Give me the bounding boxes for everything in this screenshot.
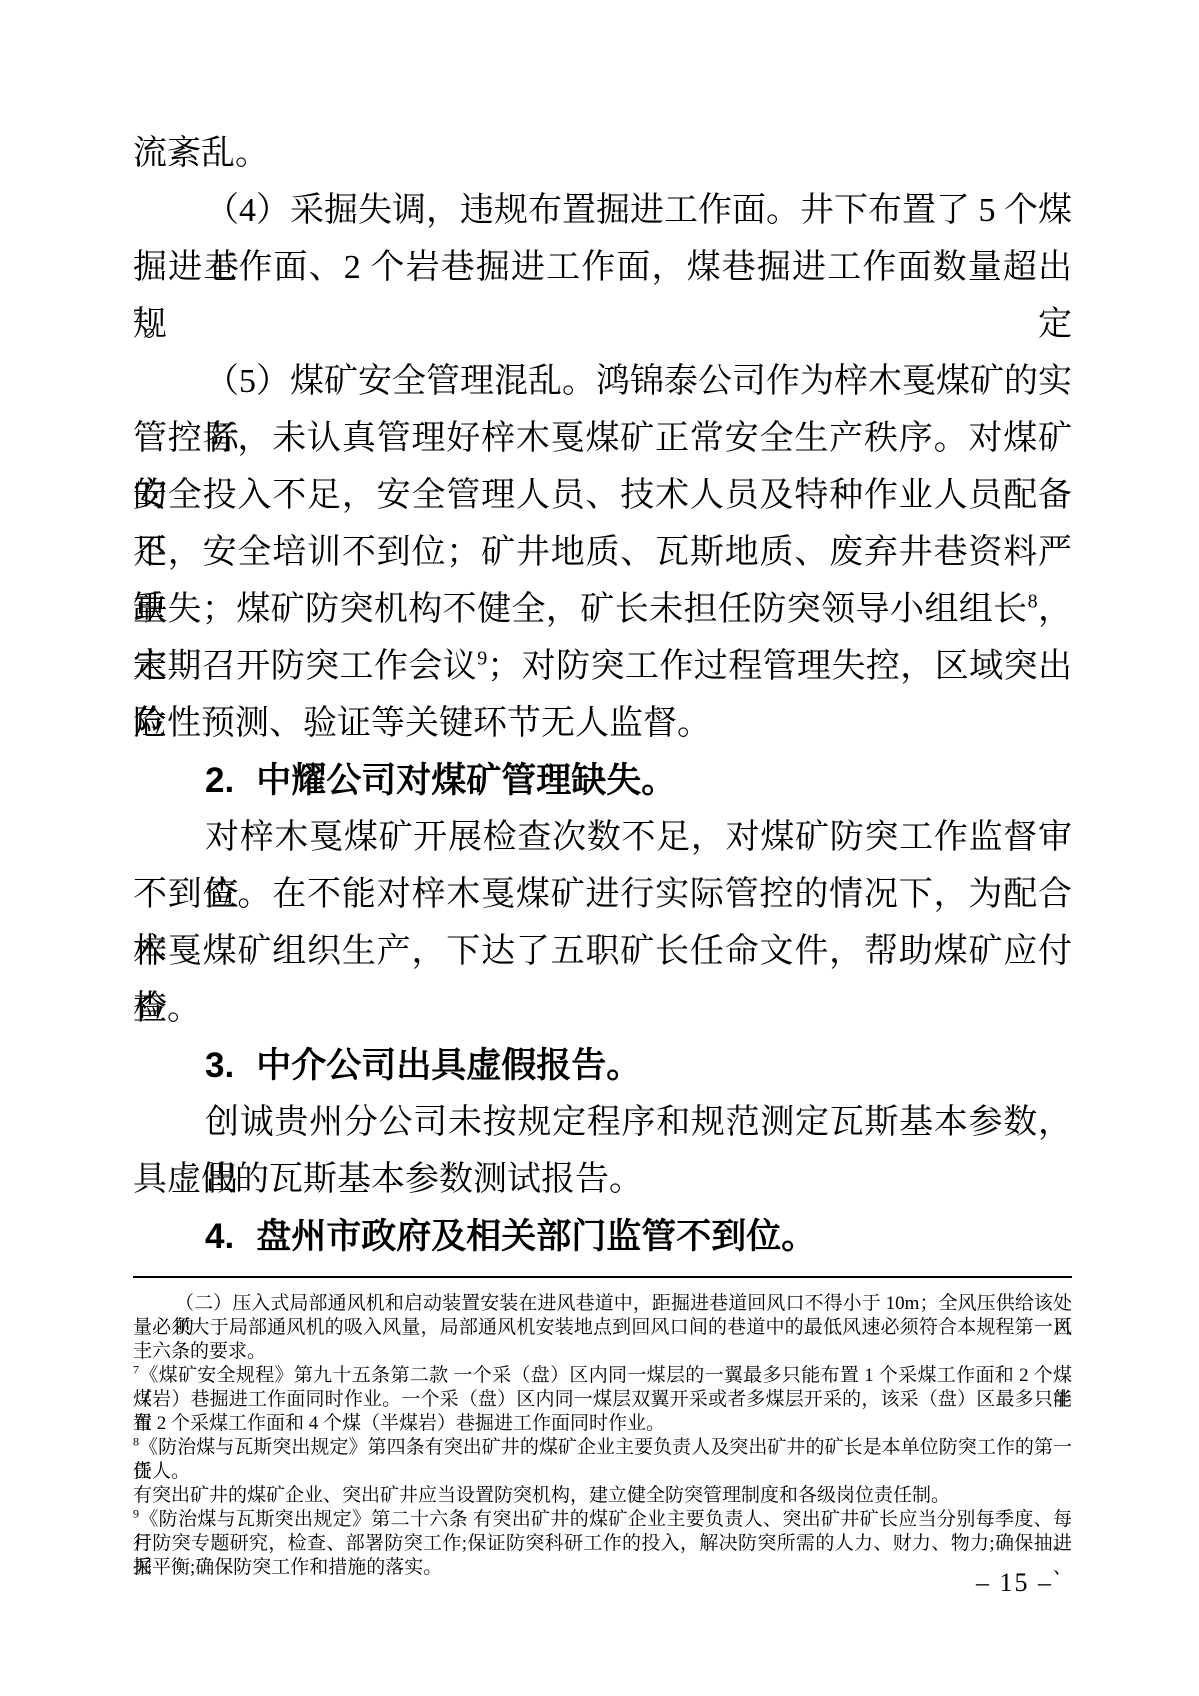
body-line: （4）采掘失调，违规布置掘进工作面。井下布置了 5 个煤巷 xyxy=(133,182,1072,239)
footnote-line: 置 2 个采煤工作面和 4 个煤（半煤岩）巷掘进工作面同时作业。 xyxy=(133,1412,1072,1436)
footnote-line: 量必须大于局部通风机的吸入风量，局部通风机安装地点到回风口间的巷道中的最低风速必… xyxy=(133,1316,1072,1340)
line-text: 缺失；煤矿防突机构不健全，矿长未担任防突领导小组组长 xyxy=(133,591,1028,628)
footnote-separator xyxy=(133,1276,1072,1278)
footnote-line: 9《防治煤与瓦斯突出规定》第二十六条 有突出矿井的煤矿企业主要负责人、突出矿井矿… xyxy=(133,1508,1072,1532)
line-text: 中介公司出具虚假报告。 xyxy=(256,1046,641,1085)
superscript-ref: 7 xyxy=(133,306,143,328)
footnote-line: 7《煤矿安全规程》第九十五条第二款 一个采（盘）区内同一煤层的一翼最多只能布置 … xyxy=(133,1364,1072,1388)
body-line: 不到位。在不能对梓木戛煤矿进行实际管控的情况下，为配合梓 xyxy=(133,866,1072,923)
line-text: 十六条的要求。 xyxy=(133,1341,266,1362)
body-line: 创诚贵州分公司未按规定程序和规范测定瓦斯基本参数，出 xyxy=(133,1094,1072,1151)
footnote-line: 有突出矿井的煤矿企业、突出矿井应当设置防突机构，建立健全防突管理制度和各级岗位责… xyxy=(133,1484,1072,1508)
body-line: 安全投入不足，安全管理人员、技术人员及特种作业人员配备不 xyxy=(133,467,1072,524)
superscript-ref: 9 xyxy=(477,648,487,670)
body-line: 具虚假的瓦斯基本参数测试报告。 xyxy=(133,1151,1072,1208)
line-text: 定期召开防突工作会议 xyxy=(133,648,477,685)
body-line: （5）煤矿安全管理混乱。鸿锦泰公司作为梓木戛煤矿的实际 xyxy=(133,353,1072,410)
heading-number: 3. xyxy=(205,1046,234,1085)
line-text: 有突出矿井的煤矿企业、突出矿井应当设置防突机构，建立健全防突管理制度和各级岗位责… xyxy=(133,1485,950,1506)
footnote-line: 任人。 xyxy=(133,1460,1072,1484)
footnote-line: 8《防治煤与瓦斯突出规定》第四条有突出矿井的煤矿企业主要负责人及突出矿井的矿长是… xyxy=(133,1436,1072,1460)
body-line: 查。 xyxy=(133,980,1072,1037)
superscript-ref: 8 xyxy=(1028,591,1038,613)
line-text: 采平衡;确保防突工作和措施的落实。 xyxy=(133,1557,442,1578)
heading-number: 2. xyxy=(205,761,234,800)
heading-line: 4.盘州市政府及相关部门监管不到位。 xyxy=(133,1208,1072,1265)
body-text: 流紊乱。（4）采掘失调，违规布置掘进工作面。井下布置了 5 个煤巷掘进工作面、2… xyxy=(133,125,1072,1265)
footnote-line: （二）压入式局部通风机和启动装置安装在进风巷道中，距掘进巷道回风口不得小于 10… xyxy=(133,1292,1072,1316)
footnotes: （二）压入式局部通风机和启动装置安装在进风巷道中，距掘进巷道回风口不得小于 10… xyxy=(133,1292,1072,1580)
line-text: 具虚假的瓦斯基本参数测试报告。 xyxy=(133,1161,643,1198)
body-line: 管控者，未认真管理好梓木戛煤矿正常安全生产秩序。对煤矿的 xyxy=(133,410,1072,467)
heading-number: 4. xyxy=(205,1217,234,1256)
line-text: 。 xyxy=(143,306,177,343)
line-text: 任人。 xyxy=(133,1461,190,1482)
line-text: 查。 xyxy=(133,990,201,1027)
body-line: 足，安全培训不到位；矿井地质、瓦斯地质、废弃井巷资料严重 xyxy=(133,524,1072,581)
body-line: 对梓木戛煤矿开展检查次数不足，对煤矿防突工作监督审查 xyxy=(133,809,1072,866)
footnote-line: 煤岩）巷掘进工作面同时作业。一个采（盘）区内同一煤层双翼开采或者多煤层开采的，该… xyxy=(133,1388,1072,1412)
body-line: 缺失；煤矿防突机构不健全，矿长未担任防突领导小组组长8，未 xyxy=(133,581,1072,638)
heading-line: 2.中耀公司对煤矿管理缺失。 xyxy=(133,752,1072,809)
line-text: 置 2 个采煤工作面和 4 个煤（半煤岩）巷掘进工作面同时作业。 xyxy=(133,1413,665,1434)
line-text: 掘进工作面、2 个岩巷掘进工作面，煤巷掘进工作面数量超出规定 xyxy=(133,249,1072,343)
body-line: 流紊乱。 xyxy=(133,125,1072,182)
body-line: 掘进工作面、2 个岩巷掘进工作面，煤巷掘进工作面数量超出规定 xyxy=(133,239,1072,296)
footnote-line: 十六条的要求。 xyxy=(133,1340,1072,1364)
body-line: 木戛煤矿组织生产，下达了五职矿长任命文件，帮助煤矿应付检 xyxy=(133,923,1072,980)
line-text: 险性预测、验证等关键环节无人监督。 xyxy=(133,705,711,742)
body-line: 险性预测、验证等关键环节无人监督。 xyxy=(133,695,1072,752)
footnote-line: 行防突专题研究，检查、部署防突工作;保证防突科研工作的投入，解决防突所需的人力、… xyxy=(133,1532,1072,1556)
document-page: 流紊乱。（4）采掘失调，违规布置掘进工作面。井下布置了 5 个煤巷掘进工作面、2… xyxy=(0,0,1199,1696)
line-text: 中耀公司对煤矿管理缺失。 xyxy=(256,761,676,800)
page-number: – 15 – xyxy=(976,1568,1053,1598)
line-text: 流紊乱。 xyxy=(133,135,269,172)
body-line: 定期召开防突工作会议9；对防突工作过程管理失控，区域突出危 xyxy=(133,638,1072,695)
heading-line: 3.中介公司出具虚假报告。 xyxy=(133,1037,1072,1094)
line-text: 盘州市政府及相关部门监管不到位。 xyxy=(256,1217,816,1256)
